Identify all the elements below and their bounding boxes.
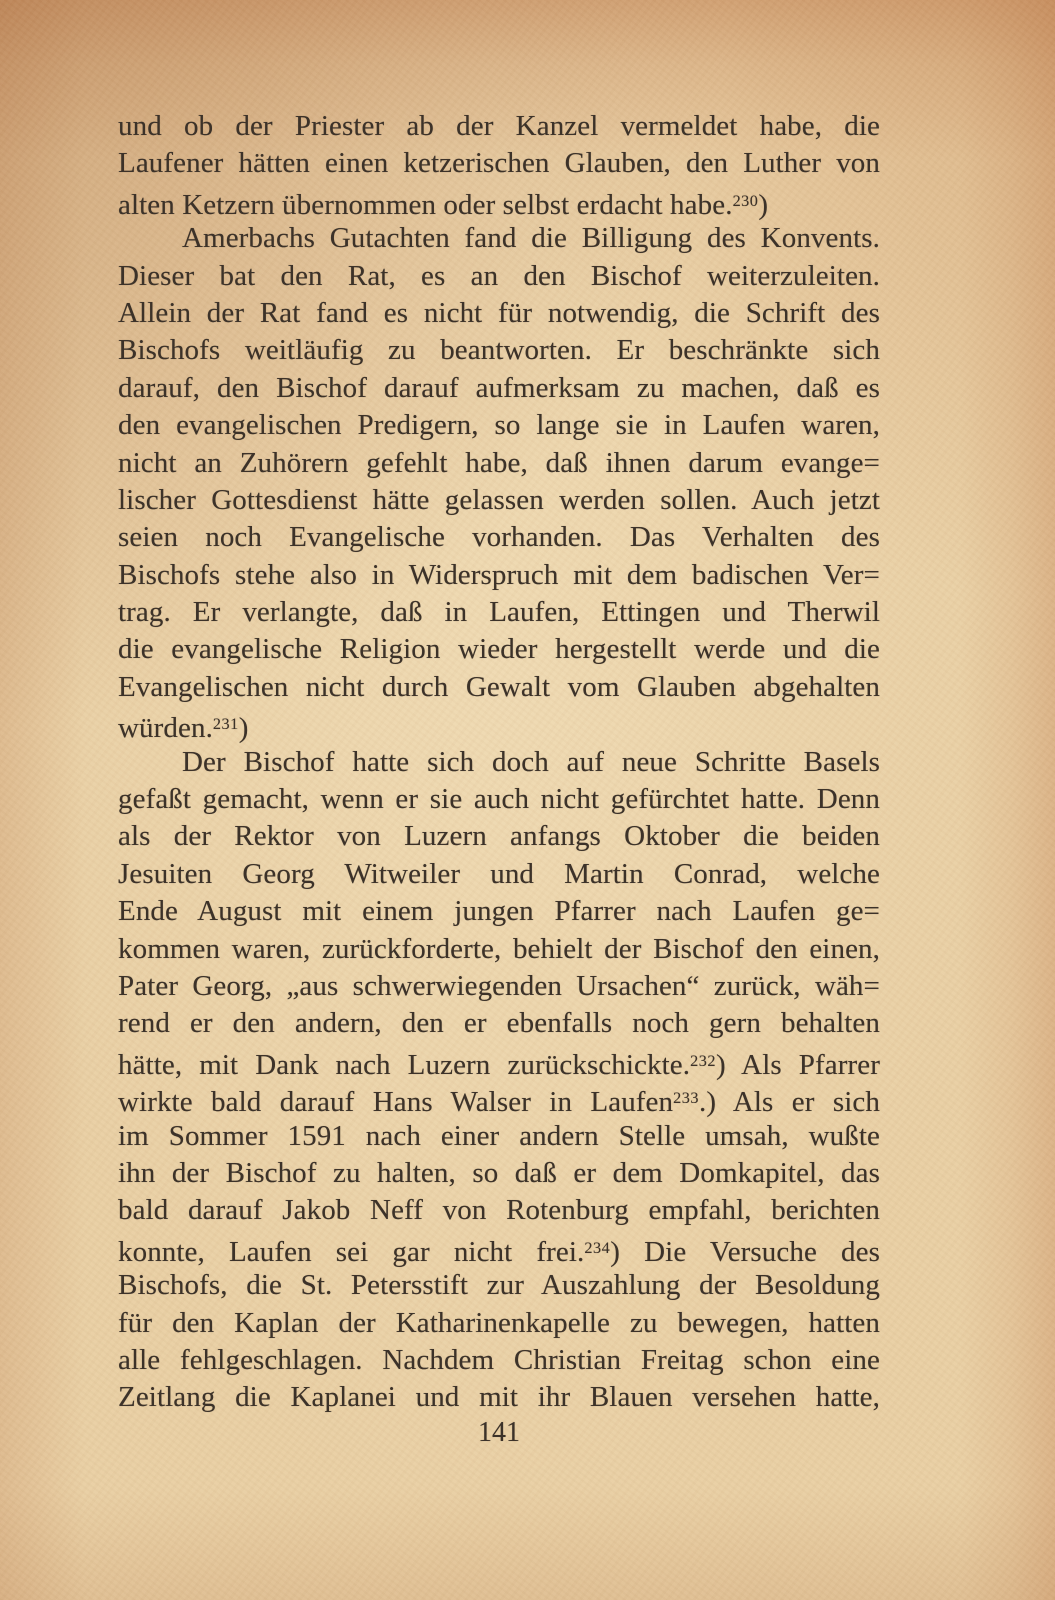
text-line: Zeitlang die Kaplanei und mit ihr Blauen… [118,1379,880,1416]
text-line: darauf, den Bischof darauf aufmerksam zu… [118,370,880,407]
text-line: Bischofs weitläufig zu beantworten. Er b… [118,332,880,369]
text-line: ihn der Bischof zu halten, so daß er dem… [118,1155,880,1192]
text-line: als der Rektor von Luzern anfangs Oktobe… [118,818,880,855]
text-line: Laufener hätten einen ketzerischen Glaub… [118,145,880,182]
text-line: konnte, Laufen sei gar nicht frei.234) D… [118,1230,880,1267]
text-line: die evangelische Religion wieder hergest… [118,631,880,668]
text-line: trag. Er verlangte, daß in Laufen, Ettin… [118,594,880,631]
text-block: und ob der Priester ab der Kanzel vermel… [118,108,880,1417]
text-line: rend er den andern, den er ebenfalls noc… [118,1005,880,1042]
text-line: nicht an Zuhörern gefehlt habe, daß ihne… [118,445,880,482]
text-line: Bischofs, die St. Petersstift zur Auszah… [118,1267,880,1304]
footnote-reference: 232 [690,1052,716,1070]
text-line: Allein der Rat fand es nicht für notwend… [118,295,880,332]
text-line: alle fehlgeschlagen. Nachdem Christian F… [118,1342,880,1379]
text-line: den evangelischen Predigern, so lange si… [118,407,880,444]
text-line: Amerbachs Gutachten fand die Billigung d… [118,220,880,257]
book-page-scan: und ob der Priester ab der Kanzel vermel… [0,0,1055,1600]
text-line: kommen waren, zurückforderte, behielt de… [118,931,880,968]
footnote-reference: 230 [733,192,759,210]
text-line: alten Ketzern übernommen oder selbst erd… [118,183,880,220]
text-line: Dieser bat den Rat, es an den Bischof we… [118,258,880,295]
text-line: Pater Georg, „aus schwerwiegenden Ursach… [118,968,880,1005]
footnote-reference: 231 [213,715,239,733]
text-line: lischer Gottesdienst hätte gelassen werd… [118,482,880,519]
text-line: wirkte bald darauf Hans Walser in Laufen… [118,1080,880,1117]
text-line: im Sommer 1591 nach einer andern Stelle … [118,1118,880,1155]
text-line: Bischofs stehe also in Widerspruch mit d… [118,557,880,594]
text-line: Ende August mit einem jungen Pfarrer nac… [118,893,880,930]
text-line: bald darauf Jakob Neff von Rotenburg emp… [118,1192,880,1229]
text-line: und ob der Priester ab der Kanzel vermel… [118,108,880,145]
text-line: hätte, mit Dank nach Luzern zurückschick… [118,1043,880,1080]
text-line: gefaßt gemacht, wenn er sie auch nicht g… [118,781,880,818]
text-line: Jesuiten Georg Witweiler und Martin Conr… [118,856,880,893]
page-number: 141 [118,1417,880,1449]
text-line: seien noch Evangelische vorhanden. Das V… [118,519,880,556]
text-line: würden.231) [118,706,880,743]
footnote-reference: 234 [584,1239,610,1257]
text-line: Evangelischen nicht durch Gewalt vom Gla… [118,669,880,706]
text-line: für den Kaplan der Katharinenkapelle zu … [118,1305,880,1342]
footnote-reference: 233 [673,1089,699,1107]
text-line: Der Bischof hatte sich doch auf neue Sch… [118,744,880,781]
